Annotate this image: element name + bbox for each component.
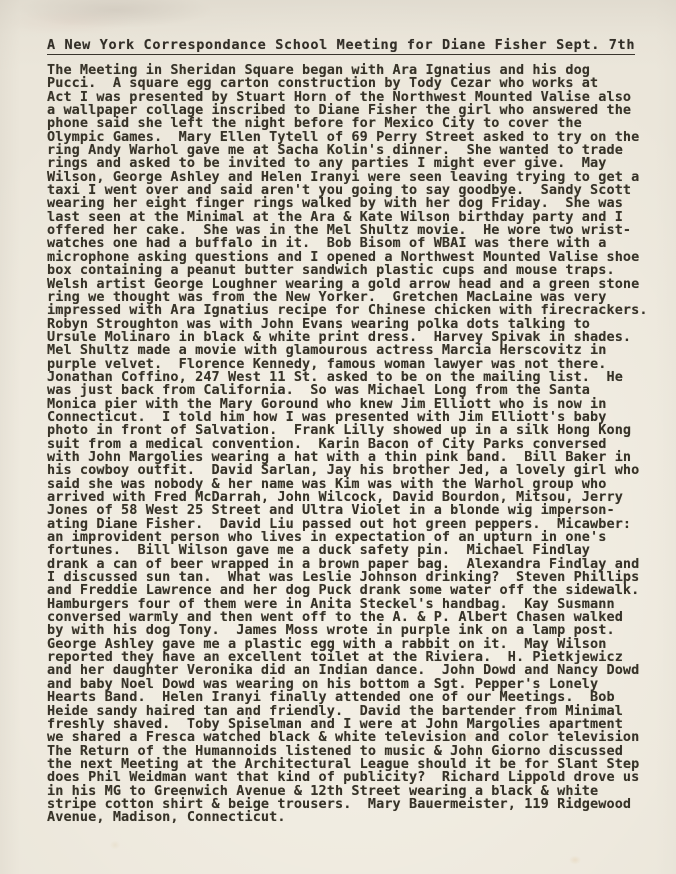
scanned-document: { "document": { "title": "A New York Cor… bbox=[0, 0, 676, 874]
document-title: A New York Correspondance School Meeting… bbox=[47, 37, 635, 55]
document-page: A New York Correspondance School Meeting… bbox=[0, 0, 676, 874]
document-body-text: The Meeting in Sheridan Square began wit… bbox=[47, 64, 648, 825]
